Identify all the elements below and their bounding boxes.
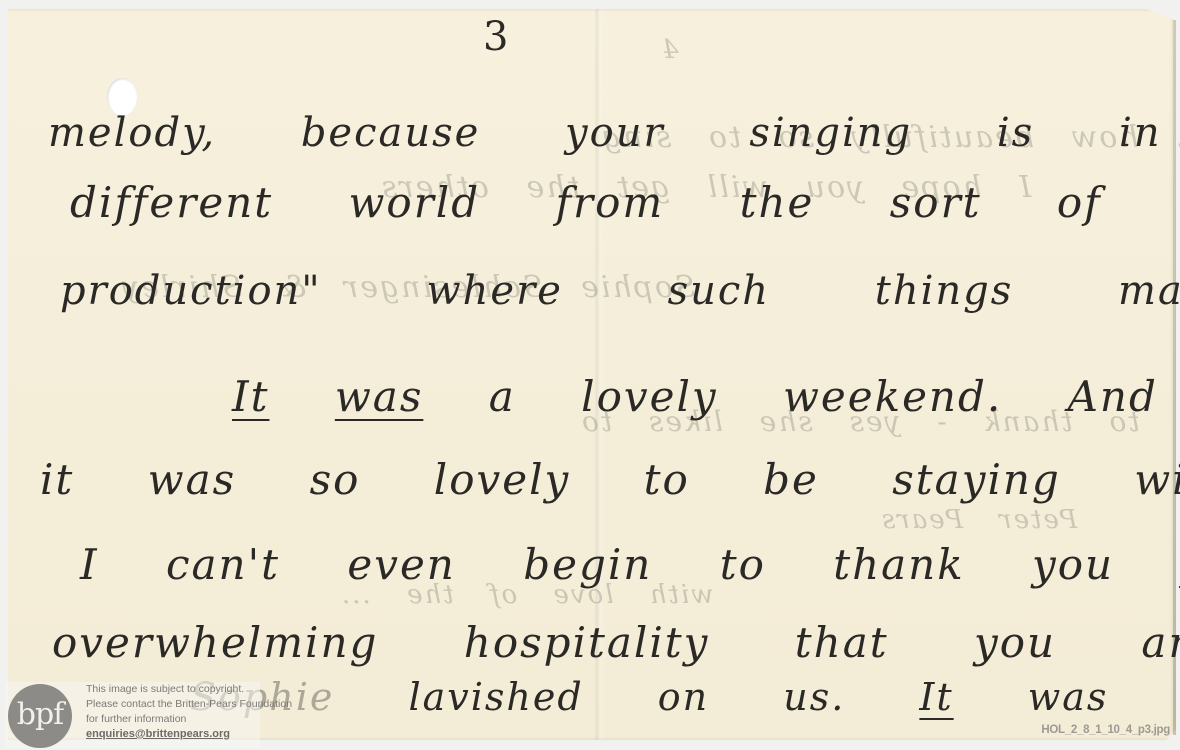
hw-word: is <box>997 110 1034 156</box>
notice-line: for further information <box>86 712 292 727</box>
hw-word: so <box>310 455 361 504</box>
hw-word: because <box>301 110 481 156</box>
hw-word: us. <box>783 675 845 719</box>
hw-word: production" <box>60 268 322 314</box>
hw-word: lovely <box>581 372 717 421</box>
hw-word: melody, <box>48 110 216 156</box>
hw-word: to <box>644 455 690 504</box>
contact-email-link[interactable]: enquiries@brittenpears.org <box>86 727 292 742</box>
hw-word: staying <box>892 455 1061 504</box>
handwritten-line-1: melody, because your singing is in a <box>48 110 1180 156</box>
hw-word: It <box>232 372 269 421</box>
hw-word: matter. <box>1118 268 1180 314</box>
hw-word: sort <box>890 178 982 227</box>
hw-word: that <box>795 618 889 667</box>
hw-word: be <box>763 455 819 504</box>
handwritten-line-2: different world from the sort of "voice- <box>70 178 1180 227</box>
hw-word: hospitality <box>464 618 710 667</box>
hw-word: on <box>658 675 709 719</box>
handwritten-line-8: Sophie lavished on us. It was a sheer <box>190 675 1180 719</box>
notice-line: This image is subject to copyright. <box>86 682 292 697</box>
hw-word: thank <box>833 540 964 589</box>
hw-word: weekend. <box>783 372 1002 421</box>
hw-word: different <box>70 178 273 227</box>
show-through-line: 4 <box>660 35 679 65</box>
hw-word: you <box>974 618 1056 667</box>
hw-word: lavished <box>408 675 583 719</box>
hw-word: overwhelming <box>52 618 378 667</box>
handwritten-line-6: I can't even begin to thank you for the <box>80 540 1180 589</box>
hw-word: was <box>1028 675 1109 719</box>
show-through-line: Peter Pears <box>880 505 1077 535</box>
hw-word: world <box>348 178 480 227</box>
handwritten-line-7: overwhelming hospitality that you and <box>52 618 1180 667</box>
hw-word: a <box>489 372 516 421</box>
hw-word: can't <box>166 540 280 589</box>
hw-word: the <box>740 178 815 227</box>
hw-word: And <box>1068 372 1158 421</box>
handwritten-line-4: It was a lovely weekend. And <box>232 372 1158 421</box>
hw-word: from <box>555 178 664 227</box>
hw-word: begin <box>523 540 652 589</box>
page-number: 3 <box>483 14 508 60</box>
hw-word: such <box>668 268 770 314</box>
hw-word: was <box>148 455 237 504</box>
hw-word: where <box>426 268 562 314</box>
filename-label: HOL_2_8_1_10_4_p3.jpg <box>1041 724 1170 736</box>
handwritten-line-5: it was so lovely to be staying with you. <box>40 455 1180 504</box>
hw-word: and <box>1141 618 1180 667</box>
hw-word: lovely <box>434 455 570 504</box>
scan-stage: 4 joy, how beautifully so to sing I hope… <box>0 0 1180 750</box>
hw-word: your <box>565 110 665 156</box>
hw-word: it <box>40 455 74 504</box>
notice-line: Please contact the Britten-Pears Foundat… <box>86 697 292 712</box>
hw-word: you <box>1032 540 1114 589</box>
hw-word: singing <box>749 110 912 156</box>
hw-word: It <box>919 675 953 719</box>
hw-word: with <box>1134 455 1180 504</box>
hw-word: even <box>347 540 456 589</box>
handwritten-line-3: production" where such things matter. <box>60 268 1180 314</box>
hw-word: things <box>875 268 1014 314</box>
hw-word: to <box>720 540 766 589</box>
bpf-logo: bpf <box>8 684 72 748</box>
hw-word: of <box>1057 178 1102 227</box>
hw-word: I <box>80 540 99 589</box>
copyright-notice: This image is subject to copyright. Plea… <box>86 682 292 742</box>
hw-word: was <box>335 372 424 421</box>
hw-word: in <box>1119 110 1162 156</box>
